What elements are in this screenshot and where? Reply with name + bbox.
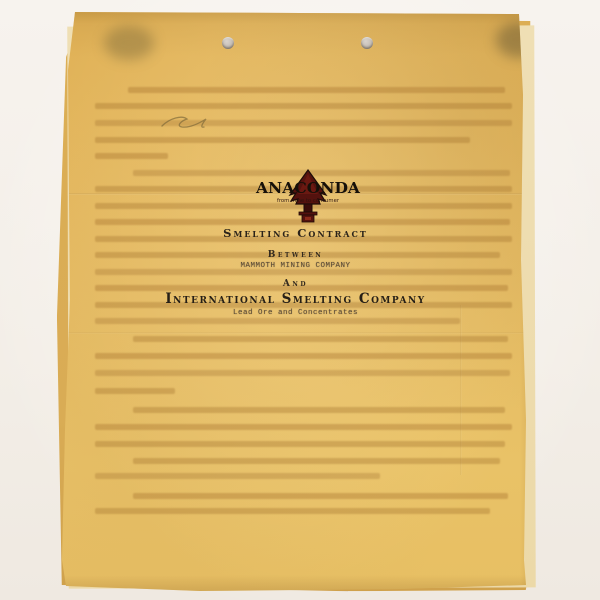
bleed-through-line	[133, 493, 508, 499]
contract-subtitle: Lead Ore and Concentrates	[77, 309, 514, 317]
party-one-name: MAMMOTH MINING COMPANY	[77, 262, 514, 270]
and-label: And	[77, 279, 514, 289]
contract-cover-page: ANACONDA from mine to consumer Smelting …	[46, 10, 533, 593]
bleed-through-line	[133, 458, 500, 464]
logo-brand-text: ANACONDA	[255, 179, 360, 197]
bleed-through-line	[95, 388, 175, 394]
bleed-through-line	[128, 87, 505, 93]
bleed-through-line	[95, 424, 512, 430]
photo-background: ANACONDA from mine to consumer Smelting …	[0, 0, 600, 600]
bleed-through-line	[95, 508, 490, 514]
anaconda-logo: ANACONDA from mine to consumer	[238, 168, 378, 226]
contract-title: Smelting Contract	[77, 226, 514, 240]
bleed-through-line	[95, 318, 460, 324]
bleed-through-line	[133, 336, 508, 342]
bleed-through-line	[95, 473, 380, 479]
punch-hole-left	[222, 37, 234, 49]
bleed-through-line	[95, 441, 505, 447]
bleed-through-line	[95, 353, 512, 359]
bleed-through-line	[133, 407, 505, 413]
bleed-through-line	[95, 153, 168, 159]
punch-hole-right	[361, 37, 373, 49]
pencil-scribble	[156, 104, 218, 138]
bleed-through-line	[95, 137, 470, 143]
between-label: Between	[77, 250, 514, 260]
party-two-name: International Smelting Company	[77, 291, 514, 307]
bleed-through-line	[95, 370, 510, 376]
logo-tagline-text: from mine to consumer	[277, 198, 340, 204]
